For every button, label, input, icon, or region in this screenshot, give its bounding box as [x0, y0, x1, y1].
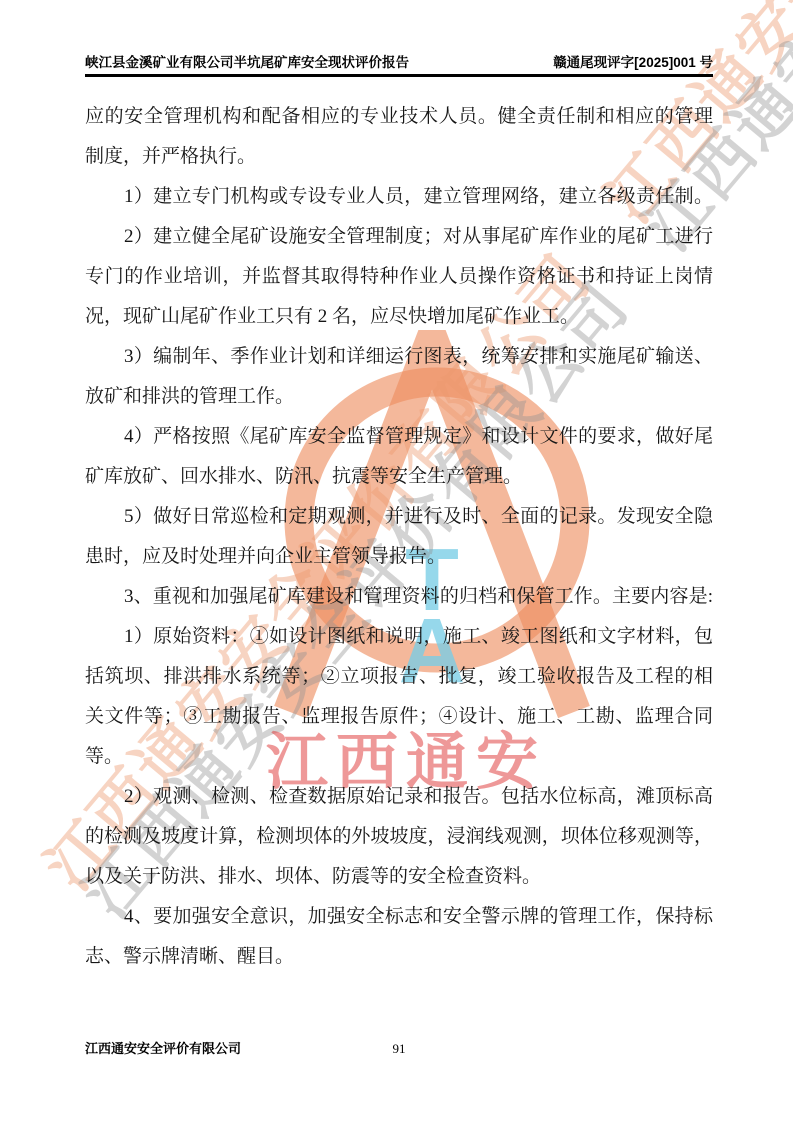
body-line: 况，现矿山尾矿作业工只有 2 名，应尽快增加尾矿作业工。	[85, 297, 713, 337]
header-doc-number: 赣通尾现评字[2025]001 号	[553, 54, 713, 71]
body-line: 关文件等；③工勘报告、监理报告原件；④设计、施工、工勘、监理合同	[85, 697, 713, 737]
body-line: 1）建立专门机构或专设专业人员，建立管理网络，建立各级责任制。	[85, 177, 713, 217]
body-line: 5）做好日常巡检和定期观测，并进行及时、全面的记录。发现安全隐	[85, 497, 713, 537]
page-footer: 江西通安安全评价有限公司 91	[85, 1039, 713, 1059]
body-line: 制度，并严格执行。	[85, 137, 713, 177]
footer-page-number: 91	[85, 1039, 713, 1059]
body-line: 2）建立健全尾矿设施安全管理制度；对从事尾矿库作业的尾矿工进行	[85, 217, 713, 257]
body-line: 4）严格按照《尾矿库安全监督管理规定》和设计文件的要求，做好尾	[85, 417, 713, 457]
header-report-title: 峡江县金溪矿业有限公司半坑尾矿库安全现状评价报告	[85, 54, 409, 71]
body-line: 矿库放矿、回水排水、防汛、抗震等安全生产管理。	[85, 457, 713, 497]
body-line: 的检测及坡度计算，检测坝体的外坡坡度，浸润线观测，坝体位移观测等，	[85, 817, 713, 857]
page-header: 峡江县金溪矿业有限公司半坑尾矿库安全现状评价报告 赣通尾现评字[2025]001…	[85, 54, 713, 77]
body-line: 3）编制年、季作业计划和详细运行图表，统筹安排和实施尾矿输送、	[85, 337, 713, 377]
body-line: 应的安全管理机构和配备相应的专业技术人员。健全责任制和相应的管理	[85, 97, 713, 137]
body-line: 1）原始资料：①如设计图纸和说明，施工、竣工图纸和文字材料，包	[85, 617, 713, 657]
body-line: 4、要加强安全意识，加强安全标志和安全警示牌的管理工作，保持标	[85, 897, 713, 937]
body-line: 放矿和排洪的管理工作。	[85, 377, 713, 417]
body-line: 等。	[85, 737, 713, 777]
body-line: 志、警示牌清晰、醒目。	[85, 937, 713, 977]
body-text: 应的安全管理机构和配备相应的专业技术人员。健全责任制和相应的管理制度，并严格执行…	[85, 97, 713, 977]
body-line: 括筑坝、排洪排水系统等；②立项报告、批复，竣工验收报告及工程的相	[85, 657, 713, 697]
document-page: T A 江西通安安全评价有限公司 江西通安安全评价有限公司 江西通安安全评价有限…	[0, 0, 793, 1122]
body-line: 以及关于防洪、排水、坝体、防震等的安全检查资料。	[85, 857, 713, 897]
body-line: 患时，应及时处理并向企业主管领导报告。	[85, 537, 713, 577]
header-rule	[85, 74, 713, 77]
body-line: 专门的作业培训，并监督其取得特种作业人员操作资格证书和持证上岗情	[85, 257, 713, 297]
body-line: 3、重视和加强尾矿库建设和管理资料的归档和保管工作。主要内容是:	[85, 577, 713, 617]
body-line: 2）观测、检测、检查数据原始记录和报告。包括水位标高，滩顶标高	[85, 777, 713, 817]
